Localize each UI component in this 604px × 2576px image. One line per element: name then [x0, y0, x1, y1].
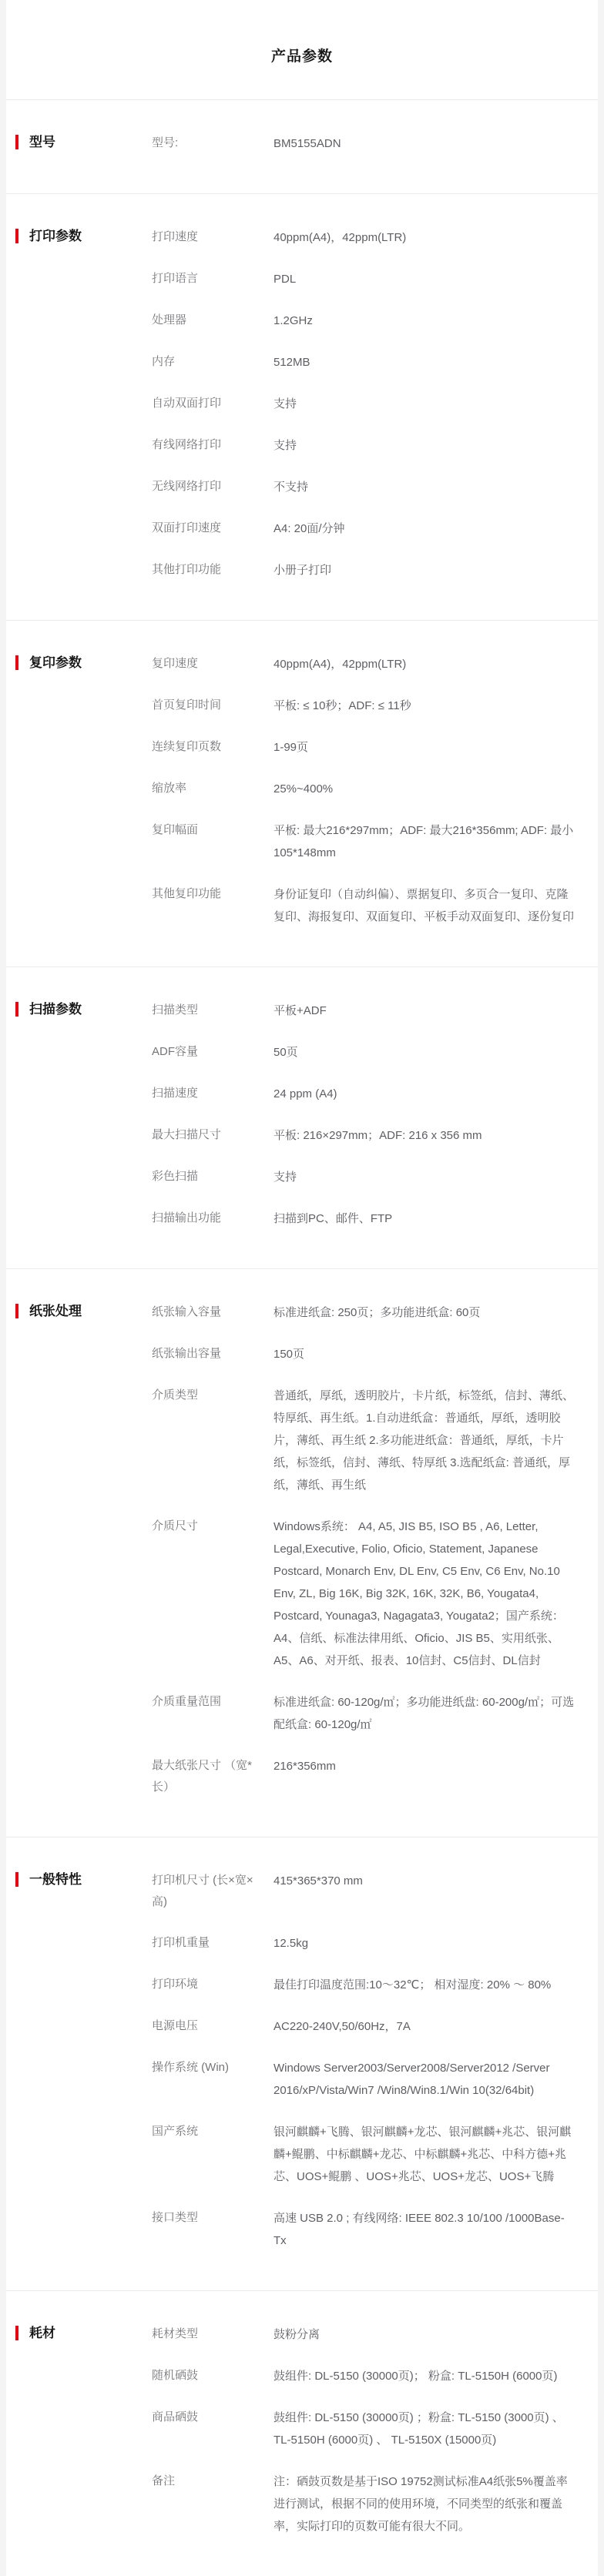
spec-value: 415*365*370 mm	[273, 1870, 575, 1892]
section-header: 纸张处理	[15, 1301, 152, 1798]
spec-label: 备注	[152, 2470, 273, 2492]
spec-label: 介质重量范围	[152, 1691, 273, 1713]
spec-label: 型号:	[152, 132, 273, 154]
spec-label: 复印幅面	[152, 819, 273, 841]
spec-label: 缩放率	[152, 778, 273, 799]
spec-label: 最大纸张尺寸 （宽*长）	[152, 1755, 273, 1798]
spec-value: 不支持	[273, 476, 575, 498]
section-title: 型号	[29, 132, 55, 152]
spec-row: 扫描速度 24 ppm (A4)	[152, 1083, 576, 1105]
spec-row: 复印速度 40ppm(A4)，42ppm(LTR)	[152, 653, 576, 675]
spec-row: 扫描输出功能 扫描到PC、邮件、FTP	[152, 1208, 576, 1230]
spec-value: 50页	[273, 1041, 575, 1064]
spec-sections: 型号 型号: BM5155ADN 打印参数 打印速度 40ppm(A4)，42p…	[6, 99, 598, 2576]
spec-label: 商品硒鼓	[152, 2407, 273, 2428]
spec-label: 扫描输出功能	[152, 1208, 273, 1229]
spec-row: 有线网络打印 支持	[152, 434, 576, 457]
spec-row: 双面打印速度 A4: 20面/分钟	[152, 518, 576, 540]
spec-label: 打印机尺寸 (长×宽×高)	[152, 1870, 273, 1913]
spec-label: 扫描类型	[152, 1000, 273, 1021]
spec-label: 接口类型	[152, 2207, 273, 2229]
spec-value: 512MB	[273, 351, 575, 374]
spec-value: 银河麒麟+飞腾、银河麒麟+龙芯、银河麒麟+兆芯、银河麒麟+鲲鹏、中标麒麟+龙芯、…	[273, 2121, 575, 2188]
spec-row: 随机硒鼓 鼓组件: DL-5150 (30000页)； 粉盒: TL-5150H…	[152, 2365, 576, 2387]
spec-label: 其他打印功能	[152, 559, 273, 581]
section-header: 型号	[15, 132, 152, 155]
section-header: 一般特性	[15, 1870, 152, 2252]
section-title: 一般特性	[29, 1870, 82, 1889]
section-rows: 耗材类型 鼓粉分离 随机硒鼓 鼓组件: DL-5150 (30000页)； 粉盒…	[152, 2323, 576, 2537]
spec-section: 打印参数 打印速度 40ppm(A4)，42ppm(LTR) 打印语言 PDL …	[6, 193, 598, 620]
spec-label: 内存	[152, 351, 273, 373]
spec-section: 扫描参数 扫描类型 平板+ADF ADF容量 50页 扫描速度 24 ppm (…	[6, 966, 598, 1268]
spec-row: 国产系统 银河麒麟+飞腾、银河麒麟+龙芯、银河麒麟+兆芯、银河麒麟+鲲鹏、中标麒…	[152, 2121, 576, 2188]
spec-row: 彩色扫描 支持	[152, 1166, 576, 1188]
spec-row: 缩放率 25%~400%	[152, 778, 576, 800]
spec-label: ADF容量	[152, 1041, 273, 1063]
spec-label: 随机硒鼓	[152, 2365, 273, 2387]
spec-label: 自动双面打印	[152, 393, 273, 414]
spec-value: 1.2GHz	[273, 310, 575, 332]
spec-row: 其他复印功能 身份证复印（自动纠偏）、票据复印、多页合一复印、克隆复印、海报复印…	[152, 883, 576, 928]
spec-value: A4: 20面/分钟	[273, 518, 575, 540]
spec-row: 操作系统 (Win) Windows Server2003/Server2008…	[152, 2057, 576, 2102]
spec-row: 其他打印功能 小册子打印	[152, 559, 576, 581]
spec-value: 标准进纸盒: 60-120g/㎡；多功能进纸盘: 60-200g/㎡；可选配纸盒…	[273, 1691, 575, 1736]
spec-value: 40ppm(A4)，42ppm(LTR)	[273, 653, 575, 675]
spec-row: 首页复印时间 平板: ≤ 10秒；ADF: ≤ 11秒	[152, 695, 576, 717]
spec-row: 备注 注：硒鼓页数是基于ISO 19752测试标准A4纸张5%覆盖率进行测试，根…	[152, 2470, 576, 2537]
spec-label: 纸张输出容量	[152, 1343, 273, 1365]
section-rows: 复印速度 40ppm(A4)，42ppm(LTR) 首页复印时间 平板: ≤ 1…	[152, 653, 576, 928]
section-header: 耗材	[15, 2323, 152, 2537]
spec-row: 无线网络打印 不支持	[152, 476, 576, 498]
spec-value: 身份证复印（自动纠偏）、票据复印、多页合一复印、克隆复印、海报复印、双面复印、平…	[273, 883, 575, 928]
spec-row: 纸张输入容量 标准进纸盒: 250页；多功能进纸盒: 60页	[152, 1301, 576, 1324]
section-rows: 打印速度 40ppm(A4)，42ppm(LTR) 打印语言 PDL 处理器 1…	[152, 226, 576, 581]
spec-label: 有线网络打印	[152, 434, 273, 456]
section-rows: 型号: BM5155ADN	[152, 132, 576, 155]
spec-value: 24 ppm (A4)	[273, 1083, 575, 1105]
spec-row: 打印语言 PDL	[152, 268, 576, 290]
spec-row: 扫描类型 平板+ADF	[152, 1000, 576, 1022]
spec-label: 其他复印功能	[152, 883, 273, 905]
section-title: 扫描参数	[29, 1000, 82, 1019]
spec-value: 12.5kg	[273, 1932, 575, 1955]
spec-label: 处理器	[152, 310, 273, 331]
spec-value: 平板+ADF	[273, 1000, 575, 1022]
spec-value: 平板: 216×297mm；ADF: 216 x 356 mm	[273, 1124, 575, 1147]
product-spec-page: 产品参数 型号 型号: BM5155ADN 打印参数 打印速度 40ppm(A4…	[6, 0, 598, 2576]
spec-value: 平板: 最大216*297mm；ADF: 最大216*356mm; ADF: 最…	[273, 819, 575, 864]
spec-section: 耗材 耗材类型 鼓粉分离 随机硒鼓 鼓组件: DL-5150 (30000页)；…	[6, 2290, 598, 2576]
spec-label: 扫描速度	[152, 1083, 273, 1104]
spec-row: 自动双面打印 支持	[152, 393, 576, 415]
spec-value: 25%~400%	[273, 778, 575, 800]
spec-label: 国产系统	[152, 2121, 273, 2142]
spec-value: 支持	[273, 434, 575, 457]
spec-row: 介质尺寸 Windows系统： A4, A5, JIS B5, ISO B5 ,…	[152, 1516, 576, 1672]
accent-bar-icon	[15, 1304, 18, 1318]
section-title: 复印参数	[29, 653, 82, 672]
spec-row: 介质重量范围 标准进纸盒: 60-120g/㎡；多功能进纸盘: 60-200g/…	[152, 1691, 576, 1736]
spec-label: 彩色扫描	[152, 1166, 273, 1188]
spec-value: 150页	[273, 1343, 575, 1365]
spec-section: 纸张处理 纸张输入容量 标准进纸盒: 250页；多功能进纸盒: 60页 纸张输出…	[6, 1268, 598, 1837]
spec-row: 耗材类型 鼓粉分离	[152, 2323, 576, 2346]
spec-row: 纸张输出容量 150页	[152, 1343, 576, 1365]
section-header: 复印参数	[15, 653, 152, 928]
spec-label: 打印环境	[152, 1974, 273, 1995]
spec-label: 无线网络打印	[152, 476, 273, 497]
page-title: 产品参数	[6, 0, 598, 99]
accent-bar-icon	[15, 135, 18, 149]
spec-value: 普通纸，厚纸，透明胶片，卡片纸，标签纸，信封、薄纸、特厚纸、再生纸。1.自动进纸…	[273, 1385, 575, 1496]
accent-bar-icon	[15, 1002, 18, 1017]
spec-value: 注：硒鼓页数是基于ISO 19752测试标准A4纸张5%覆盖率进行测试，根据不同…	[273, 2470, 575, 2537]
spec-value: 40ppm(A4)，42ppm(LTR)	[273, 226, 575, 249]
spec-value: 支持	[273, 1166, 575, 1188]
spec-row: 打印速度 40ppm(A4)，42ppm(LTR)	[152, 226, 576, 249]
spec-value: 216*356mm	[273, 1755, 575, 1777]
spec-label: 最大扫描尺寸	[152, 1124, 273, 1146]
spec-value: 鼓组件: DL-5150 (30000页)； 粉盒: TL-5150H (600…	[273, 2365, 575, 2387]
spec-label: 介质类型	[152, 1385, 273, 1406]
spec-value: 鼓组件: DL-5150 (30000页) ；粉盒: TL-5150 (3000…	[273, 2407, 575, 2451]
spec-label: 连续复印页数	[152, 736, 273, 758]
spec-value: 鼓粉分离	[273, 2323, 575, 2346]
spec-label: 打印语言	[152, 268, 273, 290]
spec-row: 打印机重量 12.5kg	[152, 1932, 576, 1955]
spec-value: 平板: ≤ 10秒；ADF: ≤ 11秒	[273, 695, 575, 717]
spec-value: 最佳打印温度范围:10～32℃； 相对湿度: 20% ～ 80%	[273, 1974, 575, 1996]
spec-section: 型号 型号: BM5155ADN	[6, 99, 598, 193]
spec-section: 一般特性 打印机尺寸 (长×宽×高) 415*365*370 mm 打印机重量 …	[6, 1837, 598, 2290]
spec-row: 商品硒鼓 鼓组件: DL-5150 (30000页) ；粉盒: TL-5150 …	[152, 2407, 576, 2451]
spec-row: 电源电压 AC220-240V,50/60Hz，7A	[152, 2015, 576, 2038]
spec-label: 耗材类型	[152, 2323, 273, 2345]
section-rows: 纸张输入容量 标准进纸盒: 250页；多功能进纸盒: 60页 纸张输出容量 15…	[152, 1301, 576, 1798]
spec-label: 打印机重量	[152, 1932, 273, 1954]
spec-label: 电源电压	[152, 2015, 273, 2037]
spec-row: 接口类型 高速 USB 2.0 ; 有线网络: IEEE 802.3 10/10…	[152, 2207, 576, 2252]
spec-value: 标准进纸盒: 250页；多功能进纸盒: 60页	[273, 1301, 575, 1324]
spec-row: 处理器 1.2GHz	[152, 310, 576, 332]
accent-bar-icon	[15, 1872, 18, 1887]
section-title: 纸张处理	[29, 1301, 82, 1321]
spec-value: 高速 USB 2.0 ; 有线网络: IEEE 802.3 10/100 /10…	[273, 2207, 575, 2252]
spec-label: 介质尺寸	[152, 1516, 273, 1537]
section-header: 打印参数	[15, 226, 152, 581]
spec-row: ADF容量 50页	[152, 1041, 576, 1064]
spec-row: 最大扫描尺寸 平板: 216×297mm；ADF: 216 x 356 mm	[152, 1124, 576, 1147]
spec-value: AC220-240V,50/60Hz，7A	[273, 2015, 575, 2038]
spec-row: 型号: BM5155ADN	[152, 132, 576, 155]
spec-label: 双面打印速度	[152, 518, 273, 539]
spec-value: 支持	[273, 393, 575, 415]
accent-bar-icon	[15, 229, 18, 243]
spec-row: 复印幅面 平板: 最大216*297mm；ADF: 最大216*356mm; A…	[152, 819, 576, 864]
spec-label: 纸张输入容量	[152, 1301, 273, 1323]
spec-label: 打印速度	[152, 226, 273, 248]
spec-row: 内存 512MB	[152, 351, 576, 374]
spec-value: BM5155ADN	[273, 132, 575, 155]
spec-value: Windows Server2003/Server2008/Server2012…	[273, 2057, 575, 2102]
spec-value: 扫描到PC、邮件、FTP	[273, 1208, 575, 1230]
accent-bar-icon	[15, 655, 18, 670]
spec-value: 小册子打印	[273, 559, 575, 581]
spec-row: 连续复印页数 1-99页	[152, 736, 576, 759]
spec-section: 复印参数 复印速度 40ppm(A4)，42ppm(LTR) 首页复印时间 平板…	[6, 620, 598, 966]
section-title: 耗材	[29, 2323, 55, 2343]
spec-row: 打印环境 最佳打印温度范围:10～32℃； 相对湿度: 20% ～ 80%	[152, 1974, 576, 1996]
accent-bar-icon	[15, 2326, 18, 2340]
spec-row: 介质类型 普通纸，厚纸，透明胶片，卡片纸，标签纸，信封、薄纸、特厚纸、再生纸。1…	[152, 1385, 576, 1496]
section-header: 扫描参数	[15, 1000, 152, 1230]
spec-value: 1-99页	[273, 736, 575, 759]
spec-row: 最大纸张尺寸 （宽*长） 216*356mm	[152, 1755, 576, 1798]
section-rows: 扫描类型 平板+ADF ADF容量 50页 扫描速度 24 ppm (A4) 最…	[152, 1000, 576, 1230]
spec-label: 操作系统 (Win)	[152, 2057, 273, 2079]
spec-value: Windows系统： A4, A5, JIS B5, ISO B5 , A6, …	[273, 1516, 575, 1672]
spec-label: 复印速度	[152, 653, 273, 675]
section-rows: 打印机尺寸 (长×宽×高) 415*365*370 mm 打印机重量 12.5k…	[152, 1870, 576, 2252]
section-title: 打印参数	[29, 226, 82, 246]
spec-row: 打印机尺寸 (长×宽×高) 415*365*370 mm	[152, 1870, 576, 1913]
spec-value: PDL	[273, 268, 575, 290]
spec-label: 首页复印时间	[152, 695, 273, 716]
